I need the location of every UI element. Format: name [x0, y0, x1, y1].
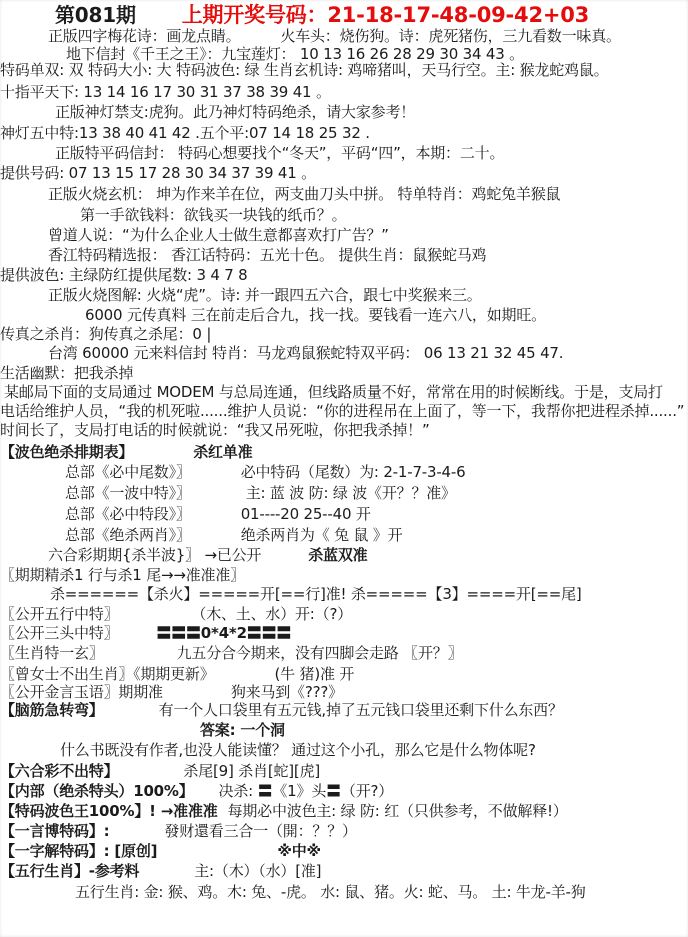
- text-segment: 台湾 60000 元来料信封 特肖：马龙鸡鼠猴蛇特双平码： 06 13 21 3…: [48, 344, 563, 363]
- fire-mystery-line: 正版火烧玄机： 坤为作来羊在位，两支曲刀头中拼。 特单特肖：鸡蛇兔羊猴鼠: [48, 185, 560, 204]
- brain-teaser-line: 【脑筋急转弯】有一个人口袋里有五元钱,掉了五元钱口袋里还剩下什么东西？: [0, 701, 563, 720]
- kill-fire-formula-line: 杀======【杀火】=====开[==行]准! 杀=====【3】====开[…: [50, 585, 582, 604]
- text-segment: 發财還看三合一（開：？？）: [164, 822, 356, 841]
- special-code-attributes-line: 特码单双: 双 特码大小: 大 特码波色: 绿 生肖玄机诗: 鸡啼猪叫，天马行空…: [0, 61, 608, 80]
- brain-teaser-answer: 答案: 一个洞: [200, 721, 285, 740]
- text-segment: 【脑筋急转弯】: [0, 701, 104, 720]
- text-segment: 时间长了，支局打电话的时候就说：“我又吊死啦，你把我杀掉！”: [0, 421, 430, 440]
- wave-color-king-line: 【特码波色王100%】! →准准准每期必中波色主: 绿 防: 红（只供参考，不做…: [0, 802, 568, 821]
- text-segment: 绝杀两肖为《 兔 鼠 》开: [241, 526, 403, 545]
- humor-joke-line-1: 某邮局下面的支局通过 MODEM 与总局连通，但线路质量不好，常常在用的时候断线…: [4, 383, 663, 402]
- lottery-tip-sheet: 第081期上期开奖号码：21-18-17-48-09-42+03正版四字梅花诗：…: [0, 0, 688, 937]
- text-segment: 有一个人口袋里有五元钱,掉了五元钱口袋里还剩下什么东西？: [159, 701, 563, 720]
- text-segment: 总部《必中尾数》〗: [65, 463, 191, 482]
- text-segment: ※中※: [277, 842, 321, 861]
- text-segment: 总部《一波中特》〗: [65, 484, 191, 503]
- text-segment: 提供号码: 07 13 15 17 28 30 34 37 39 41 。: [0, 164, 316, 183]
- text-segment: 【特码波色王100%】! →准准准: [0, 802, 218, 821]
- last-draw-numbers: 上期开奖号码：21-18-17-48-09-42+03: [182, 6, 589, 25]
- text-segment: 6000 元传真料 三在前走后合九，找一找。要钱看一连六八，如期旺。: [85, 306, 546, 325]
- brain-teaser-question-2: 什么书既没有作者,也没人能读懂？ 通过这个小孔，那么它是什么物体呢?: [60, 741, 536, 760]
- text-segment: 电话给维护人员，“我的机死啦......维护人员说：“你的进程吊在上面了，等一下…: [0, 402, 684, 421]
- provided-wave-color-line: 提供波色: 主绿防红提供尾数: 3 4 7 8: [0, 266, 248, 285]
- hq-kill-two-zodiac-line: 总部《绝杀两肖》〗绝杀两肖为《 兔 鼠 》开: [65, 526, 402, 545]
- header-line: 第081期上期开奖号码：21-18-17-48-09-42+03: [55, 6, 589, 27]
- hq-one-wave-line: 总部《一波中特》〗主: 蓝 波 防: 绿 波《开？？准》: [65, 484, 456, 503]
- text-segment: 【五行生肖】-参考料: [0, 862, 139, 881]
- text-segment: 每期必中波色主: 绿 防: 红（只供参考，不做解释!）: [228, 802, 568, 821]
- text-segment: 〖公开金言玉语〗期期准: [0, 683, 163, 702]
- provided-numbers-line: 提供号码: 07 13 15 17 28 30 34 37 39 41 。: [0, 164, 316, 183]
- text-segment: 总部《必中特段》〗: [65, 505, 191, 524]
- text-segment: 杀红单准: [193, 443, 252, 462]
- wave-kill-schedule-header: 【波色绝杀排期表】杀红单准: [0, 443, 252, 462]
- taiwan-60000-line: 台湾 60000 元来料信封 特肖：马龙鸡鼠猴蛇特双平码： 06 13 21 3…: [48, 344, 563, 363]
- text-segment: 第一手欲钱料：欲钱买一块钱的纸币？。: [80, 206, 346, 225]
- text-segment: 〖公开五行中特〗: [0, 605, 118, 624]
- text-segment: 〖生肖特一玄〗: [0, 644, 104, 663]
- text-segment: 【一言博特码】:: [0, 822, 109, 841]
- zodiac-mystery-line: 〖生肖特一玄〗九五分合今期来，没有四脚会走路 〖开？〗: [0, 644, 462, 663]
- first-money-tip-line: 第一手欲钱料：欲钱买一块钱的纸币？。: [80, 206, 346, 225]
- text-segment: 答案: 一个洞: [200, 721, 285, 740]
- text-segment: 正版火烧图解: 火烧“虎”。诗: 并一跟四五六合，跟七中奖猴来三。: [48, 286, 482, 305]
- text-segment: 必中特码（尾数）为: 2-1-7-3-4-6: [241, 463, 466, 482]
- text-segment: 决杀: 〓《1》头〓（开?）: [219, 782, 394, 801]
- text-segment: 狗来马到《???》: [231, 683, 343, 702]
- text-segment: 六合彩期期{杀半波}〗 →已公开: [48, 546, 261, 565]
- text-segment: 杀蓝双准: [308, 546, 367, 565]
- text-segment: 某邮局下面的支局通过 MODEM 与总局连通，但线路质量不好，常常在用的时候断线…: [4, 383, 663, 402]
- text-segment: 火车头：烧伤狗。诗：虎死猪伤，三九看数一味真。: [280, 27, 620, 46]
- text-segment: 十指平天下: 13 14 16 17 30 31 37 38 39 41 。: [0, 83, 331, 102]
- xiangjiang-report-line: 香江特码精选报： 香江话特码：五光十色。 提供生肖：鼠猴蛇马鸡: [48, 246, 486, 265]
- text-segment: 神灯五中特:13 38 40 41 42 .五个平:07 14 18 25 32…: [0, 124, 370, 143]
- text-segment: 〖曾女士不出生肖〗《期期更新》: [0, 665, 215, 684]
- text-segment: 正版特平码信封： 特码心想要找个“冬天”，平码“四”，本期：二十。: [55, 144, 504, 163]
- text-segment: 杀尾[9] 杀肖[蛇][虎]: [183, 762, 320, 781]
- text-segment: 01----20 25--40 开: [241, 505, 371, 524]
- text-segment: 【波色绝杀排期表】: [0, 443, 133, 462]
- hq-must-hit-tail-line: 总部《必中尾数》〗必中特码（尾数）为: 2-1-7-3-4-6: [65, 463, 465, 482]
- three-heads-line: 〖公开三头中特〗〓〓〓0*4*2〓〓〓: [0, 624, 291, 643]
- text-segment: 〖期期精杀1 行与杀1 尾→→准准准〗: [0, 566, 245, 585]
- text-segment: 正版火烧玄机： 坤为作来羊在位，两支曲刀头中拼。 特单特肖：鸡蛇兔羊猴鼠: [48, 185, 560, 204]
- ten-fingers-numbers-line: 十指平天下: 13 14 16 17 30 31 37 38 39 41 。: [0, 83, 331, 102]
- madam-zeng-line: 〖曾女士不出生肖〗《期期更新》(牛 猪)准 开: [0, 665, 354, 684]
- five-element-zodiac-detail: 五行生肖: 金: 猴、鸡。木: 兔、-虎。 水: 鼠、猪。火: 蛇、马。 土: …: [75, 883, 586, 902]
- text-segment: 总部《绝杀两肖》〗: [65, 526, 191, 545]
- text-segment: （木、土、水）开:（?）: [191, 605, 352, 624]
- golden-words-line: 〖公开金言玉语〗期期准狗来马到《???》: [0, 683, 343, 702]
- text-segment: 提供波色: 主绿防红提供尾数: 3 4 7 8: [0, 266, 248, 285]
- text-segment: 曾道人说：“为什么企业人士做生意都喜欢打广告？”: [48, 226, 389, 245]
- text-segment: 什么书既没有作者,也没人能读懂？ 通过这个小孔，那么它是什么物体呢?: [60, 741, 536, 760]
- fire-diagram-line: 正版火烧图解: 火烧“虎”。诗: 并一跟四五六合，跟七中奖猴来三。: [48, 286, 482, 305]
- one-phrase-bet-line: 【一言博特码】:發财還看三合一（開：？？）: [0, 822, 357, 841]
- no-special-line: 【六合彩不出特】杀尾[9] 杀肖[蛇][虎]: [0, 762, 320, 781]
- text-segment: 〖公开三头中特〗: [0, 624, 118, 643]
- five-elements-open-line: 〖公开五行中特〗（木、土、水）开:（?）: [0, 605, 352, 624]
- one-word-solve-line: 【一字解特码】: [原创]※中※: [0, 842, 321, 861]
- text-segment: 【六合彩不出特】: [0, 762, 118, 781]
- text-segment: 杀======【杀火】=====开[==行]准! 杀=====【3】====开[…: [50, 585, 582, 604]
- five-element-zodiac-header: 【五行生肖】-参考料主:（木）（水）[准]: [0, 862, 321, 881]
- text-segment: 【一字解特码】: [原创]: [0, 842, 157, 861]
- fax-6000-line: 6000 元传真料 三在前走后合九，找一找。要钱看一连六八，如期旺。: [85, 306, 546, 325]
- plum-poem-line: 正版四字梅花诗：画龙点睛。火车头：烧伤狗。诗：虎死猪伤，三九看数一味真。: [48, 27, 621, 46]
- special-flat-envelope-line: 正版特平码信封： 特码心想要找个“冬天”，平码“四”，本期：二十。: [55, 144, 504, 163]
- fax-kill-line: 传真之杀肖：狗传真之杀尾：0 |: [0, 325, 211, 344]
- text-segment: 【内部（绝杀特头）100%】: [0, 782, 194, 801]
- life-humor-title-line: 生活幽默：把我杀掉: [0, 364, 133, 383]
- text-segment: 〓〓〓0*4*2〓〓〓: [156, 624, 291, 643]
- text-segment: 特码单双: 双 特码大小: 大 特码波色: 绿 生肖玄机诗: 鸡啼猪叫，天马行空…: [0, 61, 608, 80]
- text-segment: 五行生肖: 金: 猴、鸡。木: 兔、-虎。 水: 鼠、猪。火: 蛇、马。 土: …: [75, 883, 586, 902]
- half-wave-kill-line: 六合彩期期{杀半波}〗 →已公开杀蓝双准: [48, 546, 367, 565]
- magic-lamp-five-special-line: 神灯五中特:13 38 40 41 42 .五个平:07 14 18 25 32…: [0, 124, 370, 143]
- humor-joke-line-3: 时间长了，支局打电话的时候就说：“我又吊死啦，你把我杀掉！”: [0, 421, 430, 440]
- humor-joke-line-2: 电话给维护人员，“我的机死啦......维护人员说：“你的进程吊在上面了，等一下…: [0, 402, 684, 421]
- text-segment: 主:（木）（水）[准]: [194, 862, 321, 881]
- text-segment: 香江特码精选报： 香江话特码：五光十色。 提供生肖：鼠猴蛇马鸡: [48, 246, 486, 265]
- text-segment: 生活幽默：把我杀掉: [0, 364, 133, 383]
- zeng-dao-ren-line: 曾道人说：“为什么企业人士做生意都喜欢打广告？”: [48, 226, 389, 245]
- text-segment: 主: 蓝 波 防: 绿 波《开？？准》: [246, 484, 456, 503]
- precise-kill-line: 〖期期精杀1 行与杀1 尾→→准准准〗: [0, 566, 245, 585]
- internal-kill-head-line: 【内部（绝杀特头）100%】决杀: 〓《1》头〓（开?）: [0, 782, 393, 801]
- text-segment: (牛 猪)准 开: [275, 665, 355, 684]
- issue-number: 第081期: [55, 6, 136, 25]
- text-segment: 正版神灯禁支:虎狗。此乃神灯特码绝杀，请大家参考！: [55, 103, 415, 122]
- hq-special-segment-line: 总部《必中特段》〗01----20 25--40 开: [65, 505, 371, 524]
- text-segment: 正版四字梅花诗：画龙点睛。: [48, 27, 240, 46]
- magic-lamp-ban-line: 正版神灯禁支:虎狗。此乃神灯特码绝杀，请大家参考！: [55, 103, 415, 122]
- text-segment: 九五分合今期来，没有四脚会走路 〖开？〗: [177, 644, 463, 663]
- text-segment: 传真之杀肖：狗传真之杀尾：0 |: [0, 325, 211, 344]
